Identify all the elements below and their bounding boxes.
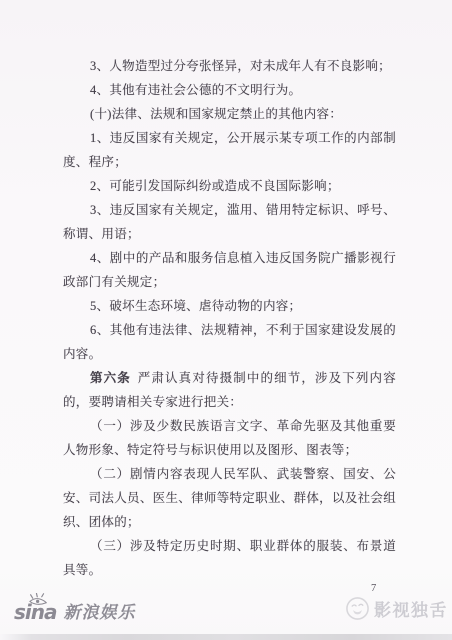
paragraph: 3、人物造型过分夸张怪异，对未成年人有不良影响；	[63, 54, 396, 78]
watermark-text: 影视独舌	[374, 596, 448, 621]
paragraph: 3、违反国家有关规定，滥用、错用特定标识、呼号、称谓、用语；	[63, 198, 396, 246]
document-body: 3、人物造型过分夸张怪异，对未成年人有不良影响； 4、其他有违社会公德的不文明行…	[63, 54, 396, 582]
yingshi-dushe-watermark: 影视独舌	[345, 596, 448, 621]
scanned-document-page: 3、人物造型过分夸张怪异，对未成年人有不良影响； 4、其他有违社会公德的不文明行…	[0, 0, 452, 640]
paragraph: （二）剧情内容表现人民军队、武装警察、国安、公安、司法人员、医生、律师等特定职业…	[63, 462, 396, 534]
sina-eye-icon	[28, 593, 48, 605]
mascot-face-icon	[345, 596, 370, 621]
paragraph: （三）涉及特定历史时期、职业群体的服装、布景道具等。	[63, 534, 396, 582]
paragraph: 5、破坏生态环境、虐待动物的内容；	[63, 294, 396, 318]
page-number: 7	[371, 583, 376, 594]
paragraph: 2、可能引发国际纠纷或造成不良国际影响；	[63, 174, 396, 198]
paragraph: 4、剧中的产品和服务信息植入违反国务院广播影视行政部门有关规定；	[63, 246, 396, 294]
sina-brand-text: 新浪娱乐	[64, 598, 136, 624]
article-number-label: 第六条	[90, 371, 131, 385]
scan-bottom-edge	[0, 634, 452, 640]
paragraph: (十)法律、法规和国家规定禁止的其他内容：	[63, 102, 396, 126]
paragraph: 1、违反国家有关规定，公开展示某专项工作的内部制度、程序；	[63, 126, 396, 174]
paragraph: 4、其他有违社会公德的不文明行为。	[63, 78, 396, 102]
paragraph: 6、其他有违法律、法规精神，不利于国家建设发展的内容。	[63, 318, 396, 366]
paragraph-article-six: 第六条严肃认真对待摄制中的细节，涉及下列内容的，要聘请相关专家进行把关：	[63, 366, 396, 414]
sina-logo-wordmark: sina	[14, 602, 57, 624]
sina-entertainment-logo: sina 新浪娱乐	[14, 598, 136, 624]
paragraph: （一）涉及少数民族语言文字、革命先驱及其他重要人物形象、特定符号与标识使用以及图…	[63, 414, 396, 462]
